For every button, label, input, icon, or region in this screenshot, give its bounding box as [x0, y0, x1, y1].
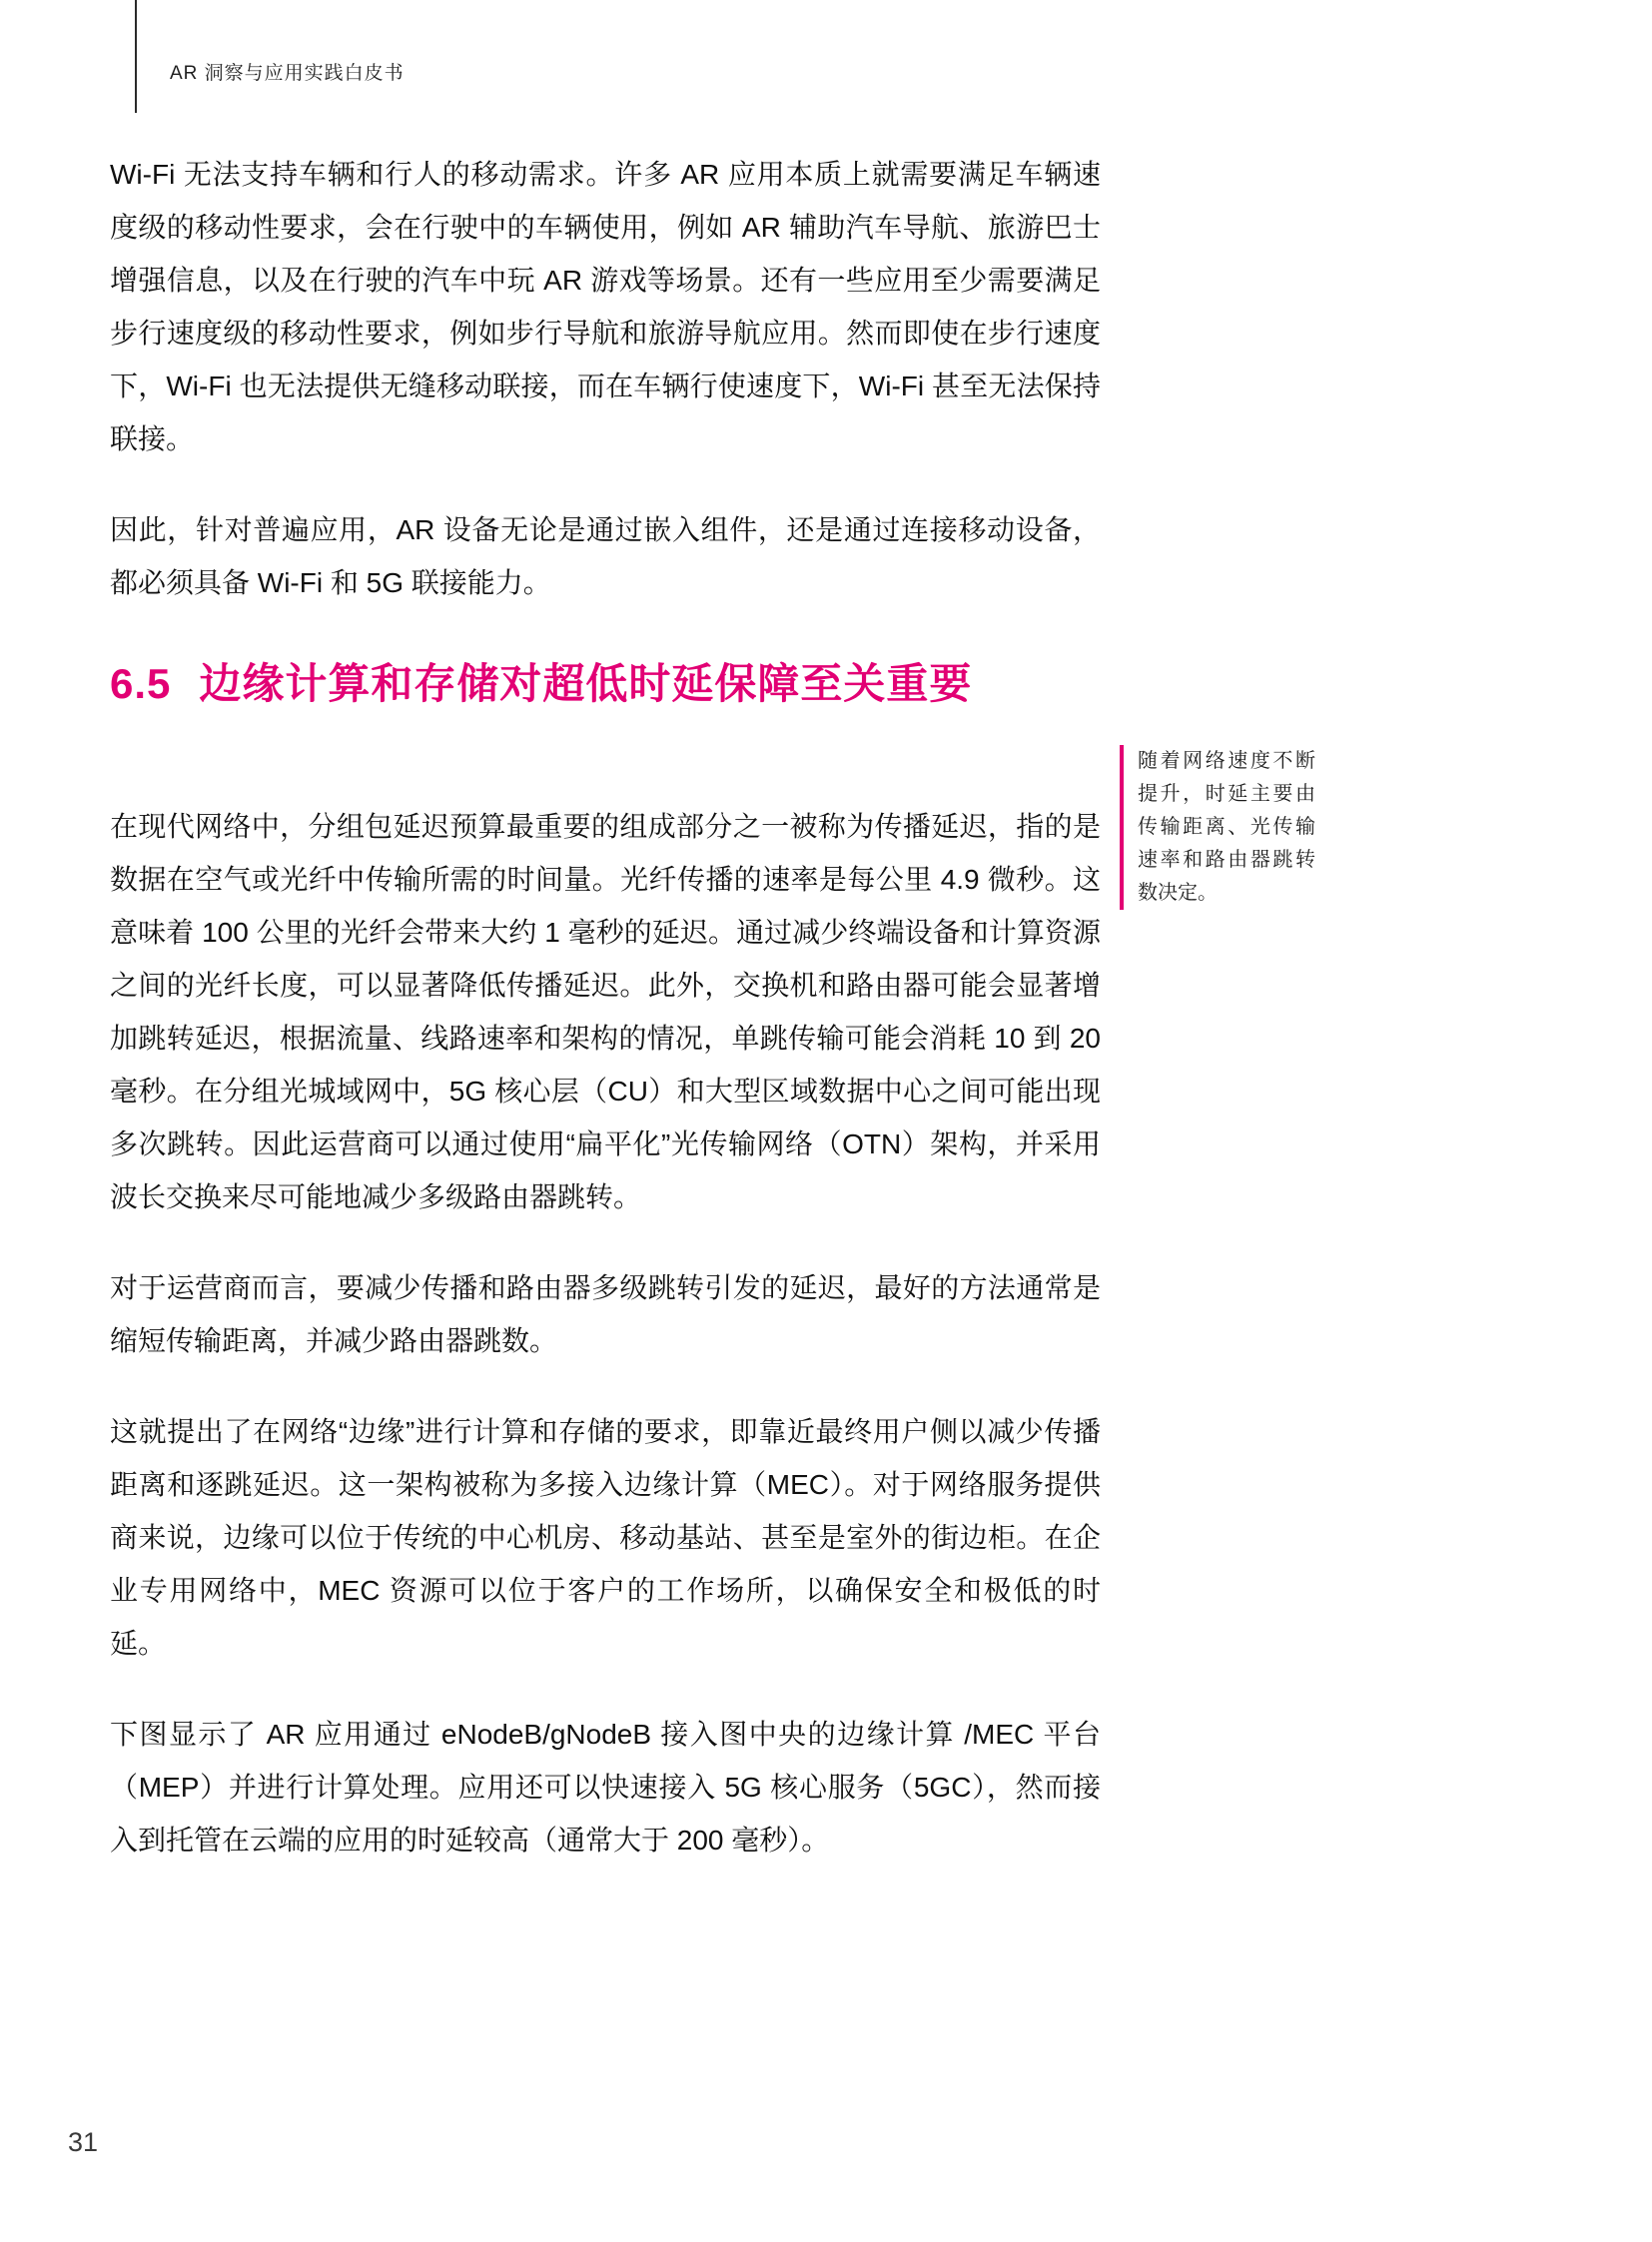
margin-note: 随着网络速度不断提升，时延主要由传输距离、光传输速率和路由器跳转数决定。 [1120, 745, 1315, 910]
page-number: 31 [68, 2127, 98, 2158]
paragraph-enodeb-mep: 下图显示了 AR 应用通过 eNodeB/gNodeB 接入图中央的边缘计算 /… [110, 1708, 1101, 1867]
paragraph-operator-distance: 对于运营商而言，要减少传播和路由器多级跳转引发的延迟，最好的方法通常是缩短传输距… [110, 1261, 1101, 1367]
section-heading: 6.5边缘计算和存储对超低时延保障至关重要 [110, 654, 1101, 714]
document-page: AR 洞察与应用实践白皮书 Wi-Fi 无法支持车辆和行人的移动需求。许多 AR… [0, 0, 1652, 2242]
paragraph-wifi-mobility: Wi-Fi 无法支持车辆和行人的移动需求。许多 AR 应用本质上就需要满足车辆速… [110, 148, 1101, 465]
main-content: Wi-Fi 无法支持车辆和行人的移动需求。许多 AR 应用本质上就需要满足车辆速… [110, 148, 1101, 1904]
paragraph-wifi-5g-requirement: 因此，针对普遍应用，AR 设备无论是通过嵌入组件，还是通过连接移动设备，都必须具… [110, 503, 1101, 609]
section-number: 6.5 [110, 660, 171, 707]
section-title: 边缘计算和存储对超低时延保障至关重要 [199, 660, 972, 707]
header-vertical-rule [135, 0, 137, 113]
margin-note-text: 随着网络速度不断提升，时延主要由传输距离、光传输速率和路由器跳转数决定。 [1138, 745, 1315, 910]
document-title: AR 洞察与应用实践白皮书 [170, 58, 405, 85]
paragraph-edge-mec: 这就提出了在网络“边缘”进行计算和存储的要求，即靠近最终用户侧以减少传播距离和逐… [110, 1405, 1101, 1670]
paragraph-propagation-delay: 在现代网络中，分组包延迟预算最重要的组成部分之一被称为传播延迟，指的是数据在空气… [110, 800, 1101, 1223]
